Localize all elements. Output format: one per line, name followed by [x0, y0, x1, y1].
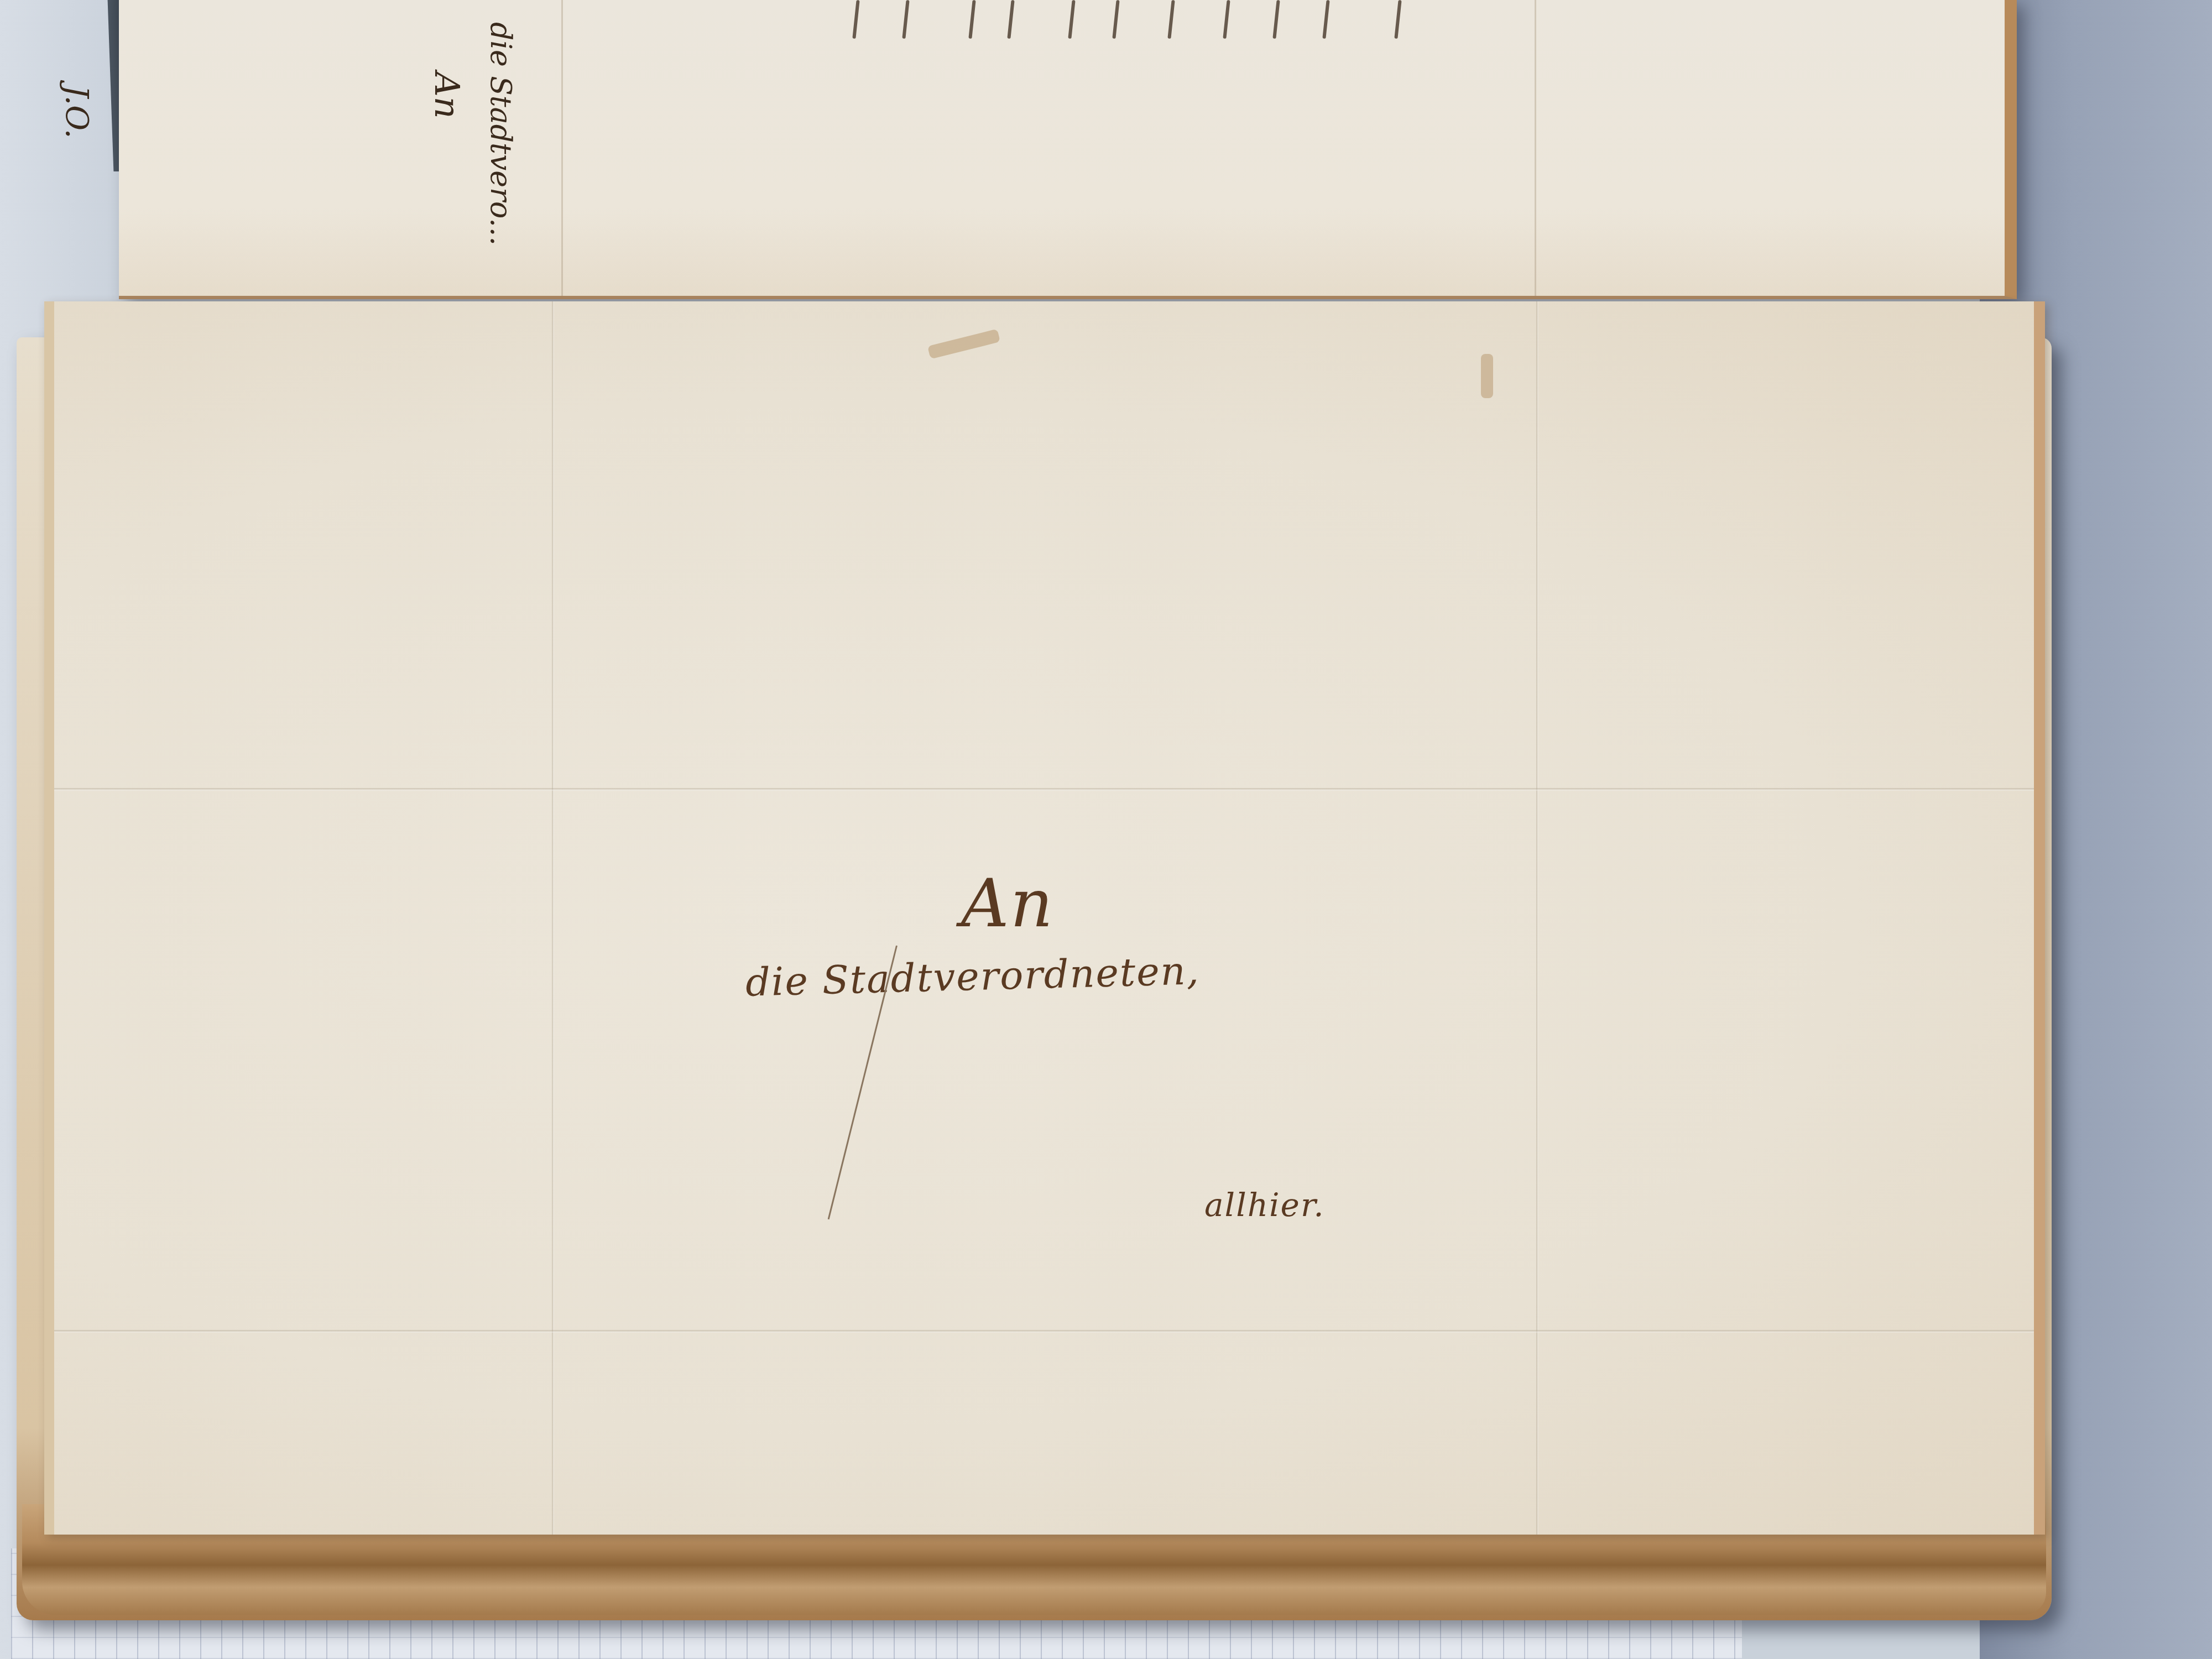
address-line-allhier: allhier. [1204, 1186, 1325, 1224]
seal-residue [1481, 354, 1493, 398]
upper-text-fragment [1007, 0, 1014, 39]
upper-address-line2: die Stadtvero... [484, 22, 517, 246]
upper-fold-line [561, 0, 563, 296]
upper-text-fragment [902, 0, 909, 39]
upper-text-fragment [1272, 0, 1280, 39]
address-line-recipient: die Stadtverordneten, [745, 948, 1201, 1005]
upper-text-fragment [1112, 0, 1119, 39]
upper-text-fragment [1167, 0, 1175, 39]
vertical-fold-line [1536, 301, 1538, 1535]
front-address-sheet: An die Stadtverordneten, allhier. [44, 301, 2045, 1535]
seal-residue [927, 329, 1000, 359]
upper-text-fragment [1223, 0, 1230, 39]
upper-text-fragment [852, 0, 859, 39]
upper-text-fragment [1394, 0, 1401, 39]
upper-document-sheet: An die Stadtvero... [119, 0, 2017, 299]
upper-fold-line [1535, 0, 1536, 296]
upper-corner-note: J.O. [59, 85, 95, 138]
horizontal-fold-line [54, 1330, 2034, 1333]
upper-text-fragment [1322, 0, 1329, 39]
horizontal-fold-line [54, 788, 2034, 791]
upper-address-line1: An [427, 72, 467, 119]
upper-text-fragment [968, 0, 975, 39]
vertical-fold-line [552, 301, 554, 1535]
address-line-an: An [961, 865, 1054, 942]
upper-text-fragment [1068, 0, 1075, 39]
